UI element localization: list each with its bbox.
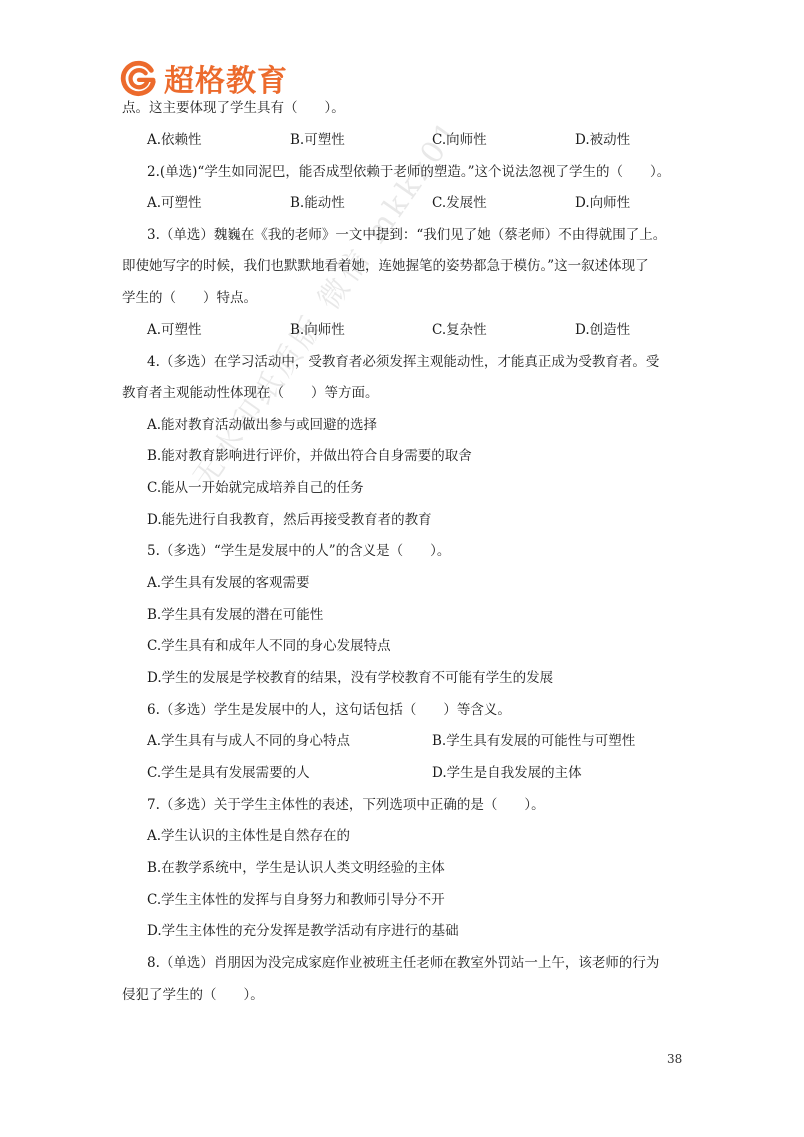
answer-option: C.学生具有和成年人不同的身心发展特点 — [147, 636, 391, 656]
question-text: 3.（单选）魏巍在《我的老师》一文中提到：“我们见了她（蔡老师）不由得就围了上。 — [147, 225, 666, 245]
logo-text: 超格教育 — [164, 56, 288, 100]
answer-option: D.学生是自我发展的主体 — [432, 763, 582, 783]
answer-option: A.学生具有与成人不同的身心特点 — [147, 731, 350, 751]
answer-option: A.可塑性 — [147, 320, 202, 340]
page-number: 38 — [667, 1052, 682, 1066]
question-text: 7.（多选）关于学生主体性的表述，下列选项中正确的是（ ）。 — [147, 795, 545, 815]
answer-option: C.学生主体性的发挥与自身努力和教师引导分不开 — [147, 890, 445, 910]
question-text: 侵犯了学生的（ ）。 — [122, 985, 264, 1005]
answer-option: B.能动性 — [290, 193, 345, 213]
question-text: 学生的（ ）特点。 — [122, 288, 257, 308]
question-text: 点。这主要体现了学生具有（ ）。 — [122, 98, 345, 118]
answer-option: D.能先进行自我教育，然后再接受教育者的教育 — [147, 510, 432, 530]
question-text: 6.（多选）学生是发展中的人，这句话包括（ ）等含义。 — [147, 700, 511, 720]
question-text: 教育者主观能动性体现在（ ）等方面。 — [122, 383, 379, 403]
question-text: 4.（多选）在学习活动中，受教育者必须发挥主观能动性，才能真正成为受教育者。受 — [147, 352, 659, 372]
answer-option: B.学生具有发展的可能性与可塑性 — [432, 731, 635, 751]
answer-option: D.被动性 — [575, 130, 630, 150]
question-text: 2.(单选)“学生如同泥巴，能否成型依赖于老师的塑造。”这个说法忽视了学生的（ … — [147, 162, 670, 182]
question-text: 5.（多选）“学生是发展中的人”的含义是（ ）。 — [147, 541, 450, 561]
g-logo-icon — [120, 59, 158, 97]
answer-option: B.可塑性 — [290, 130, 345, 150]
answer-option: D.学生的发展是学校教育的结果，没有学校教育不可能有学生的发展 — [147, 668, 553, 688]
brand-logo: 超格教育 — [120, 58, 288, 98]
answer-option: A.可塑性 — [147, 193, 202, 213]
answer-option: C.向师性 — [432, 130, 487, 150]
answer-option: A.依赖性 — [147, 130, 202, 150]
answer-option: A.学生具有发展的客观需要 — [147, 573, 310, 593]
answer-option: B.在教学系统中，学生是认识人类文明经验的主体 — [147, 858, 445, 878]
answer-option: C.学生是具有发展需要的人 — [147, 763, 310, 783]
question-text: 8.（单选）肖朋因为没完成家庭作业被班主任老师在教室外罚站一上午，该老师的行为 — [147, 953, 659, 973]
answer-option: B.学生具有发展的潜在可能性 — [147, 605, 323, 625]
answer-option: B.向师性 — [290, 320, 345, 340]
answer-option: D.学生主体性的充分发挥是教学活动有序进行的基础 — [147, 921, 459, 941]
answer-option: C.能从一开始就完成培养自己的任务 — [147, 478, 364, 498]
question-text: 即使她写字的时候，我们也默默地看着她，连她握笔的姿势都急于模仿。”这一叙述体现了 — [122, 256, 649, 276]
answer-option: C.复杂性 — [432, 320, 487, 340]
answer-option: A.学生认识的主体性是自然存在的 — [147, 826, 350, 846]
answer-option: C.发展性 — [432, 193, 487, 213]
answer-option: D.创造性 — [575, 320, 630, 340]
answer-option: A.能对教育活动做出参与或回避的选择 — [147, 415, 377, 435]
answer-option: B.能对教育影响进行评价，并做出符合自身需要的取舍 — [147, 446, 472, 466]
answer-option: D.向师性 — [575, 193, 630, 213]
